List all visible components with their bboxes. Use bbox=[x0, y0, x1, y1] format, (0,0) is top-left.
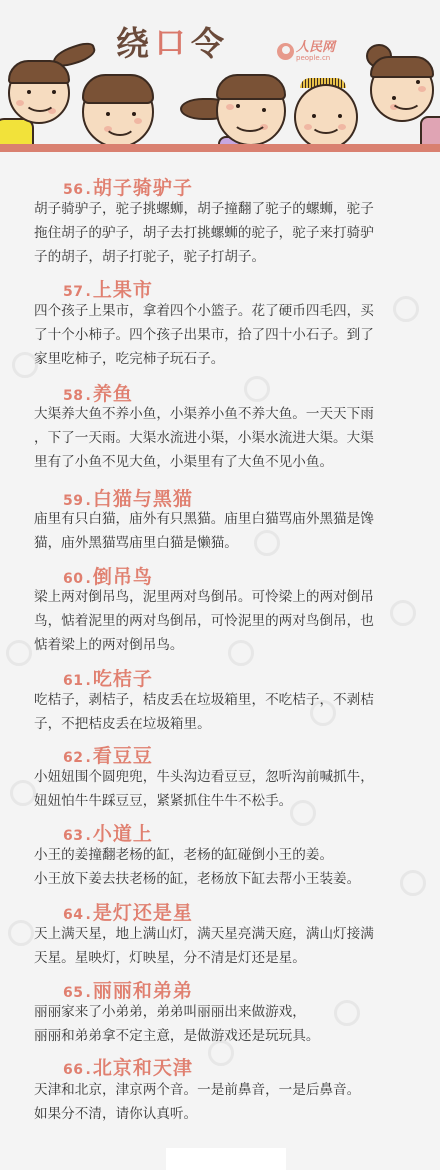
cartoon-kid-5-illustration bbox=[364, 44, 440, 144]
section-body: 天津和北京，津京两个音。一是前鼻音，一是后鼻音。 如果分不清，请你认真听。 bbox=[34, 1078, 414, 1126]
section-title: 66.北京和天津 bbox=[63, 1053, 193, 1077]
section-title: 57.上果市 bbox=[63, 275, 153, 299]
accent-divider bbox=[0, 144, 440, 152]
section-body: 梁上两对倒吊鸟，泥里两对鸟倒吊。可怜梁上的两对倒吊 鸟，惦着泥里的两对鸟倒吊，可… bbox=[34, 585, 414, 657]
cartoon-kid-3-illustration bbox=[180, 74, 290, 144]
section-title: 56.胡子骑驴子 bbox=[63, 173, 193, 197]
section-body: 小妞妞围个圆兜兜，牛头沟边看豆豆，忽听沟前喊抓牛， 妞妞怕牛牛踩豆豆，紧紧抓住牛… bbox=[34, 765, 414, 813]
logo-domain: people.cn bbox=[296, 55, 335, 62]
section-title: 61.吃桔子 bbox=[63, 664, 153, 688]
logo-name: 人民网 bbox=[296, 41, 335, 54]
section-body: 庙里有只白猫，庙外有只黑猫。庙里白猫骂庙外黑猫是馋 猫，庙外黑猫骂庙里白猫是懒猫… bbox=[34, 507, 414, 555]
section-body: 吃桔子，剥桔子，桔皮丢在垃圾箱里，不吃桔子，不剥桔 子，不把桔皮丢在垃圾箱里。 bbox=[34, 688, 414, 736]
watermark-logo-icon bbox=[244, 376, 270, 402]
section-body: 天上满天星，地上满山灯，满天星亮满天庭，满山灯接满 天星。星映灯，灯映星，分不清… bbox=[34, 922, 414, 970]
watermark-logo-icon bbox=[8, 920, 34, 946]
section-title: 62.看豆豆 bbox=[63, 741, 153, 765]
section-title: 63.小道上 bbox=[63, 819, 153, 843]
page-title: 绕 口 令 bbox=[116, 22, 224, 66]
section-title: 59.白猫与黑猫 bbox=[63, 484, 193, 508]
watermark-logo-icon bbox=[10, 780, 36, 806]
people-logo-icon bbox=[277, 43, 294, 60]
header-banner: 绕 口 令 人民网 people.cn bbox=[0, 0, 440, 144]
cartoon-kid-2-illustration bbox=[82, 74, 162, 144]
section-body: 大渠养大鱼不养小鱼，小渠养小鱼不养大鱼。一天天下雨 ，下了一天雨。大渠水流进小渠… bbox=[34, 402, 414, 474]
section-body: 胡子骑驴子，驼子挑螺蛳，胡子撞翻了驼子的螺蛳，驼子 拖住胡子的驴子，胡子去打挑螺… bbox=[34, 197, 414, 269]
cartoon-kid-4-illustration bbox=[292, 78, 362, 144]
people-cn-logo: 人民网 people.cn bbox=[277, 41, 335, 62]
section-title: 65.丽丽和弟弟 bbox=[63, 976, 193, 1000]
section-body: 四个孩子上果市，拿着四个小篮子。花了硬币四毛四，买 了十个小柿子。四个孩子出果市… bbox=[34, 299, 414, 371]
watermark-logo-icon bbox=[6, 640, 32, 666]
title-char-2: 口 bbox=[155, 22, 185, 66]
section-title: 64.是灯还是星 bbox=[63, 898, 193, 922]
section-title: 58.养鱼 bbox=[63, 379, 133, 403]
section-title: 60.倒吊鸟 bbox=[63, 562, 153, 586]
cartoon-kid-1-illustration bbox=[0, 40, 90, 144]
section-body: 丽丽家来了小弟弟，弟弟叫丽丽出来做游戏， 丽丽和弟弟拿不定主意，是做游戏还是玩玩… bbox=[34, 1000, 414, 1048]
footer-blank-panel bbox=[166, 1148, 286, 1170]
title-char-1: 绕 bbox=[116, 22, 149, 66]
title-char-3: 令 bbox=[191, 22, 224, 66]
section-body: 小王的姜撞翻老杨的缸，老杨的缸碰倒小王的姜。 小王放下姜去扶老杨的缸，老杨放下缸… bbox=[34, 843, 414, 891]
